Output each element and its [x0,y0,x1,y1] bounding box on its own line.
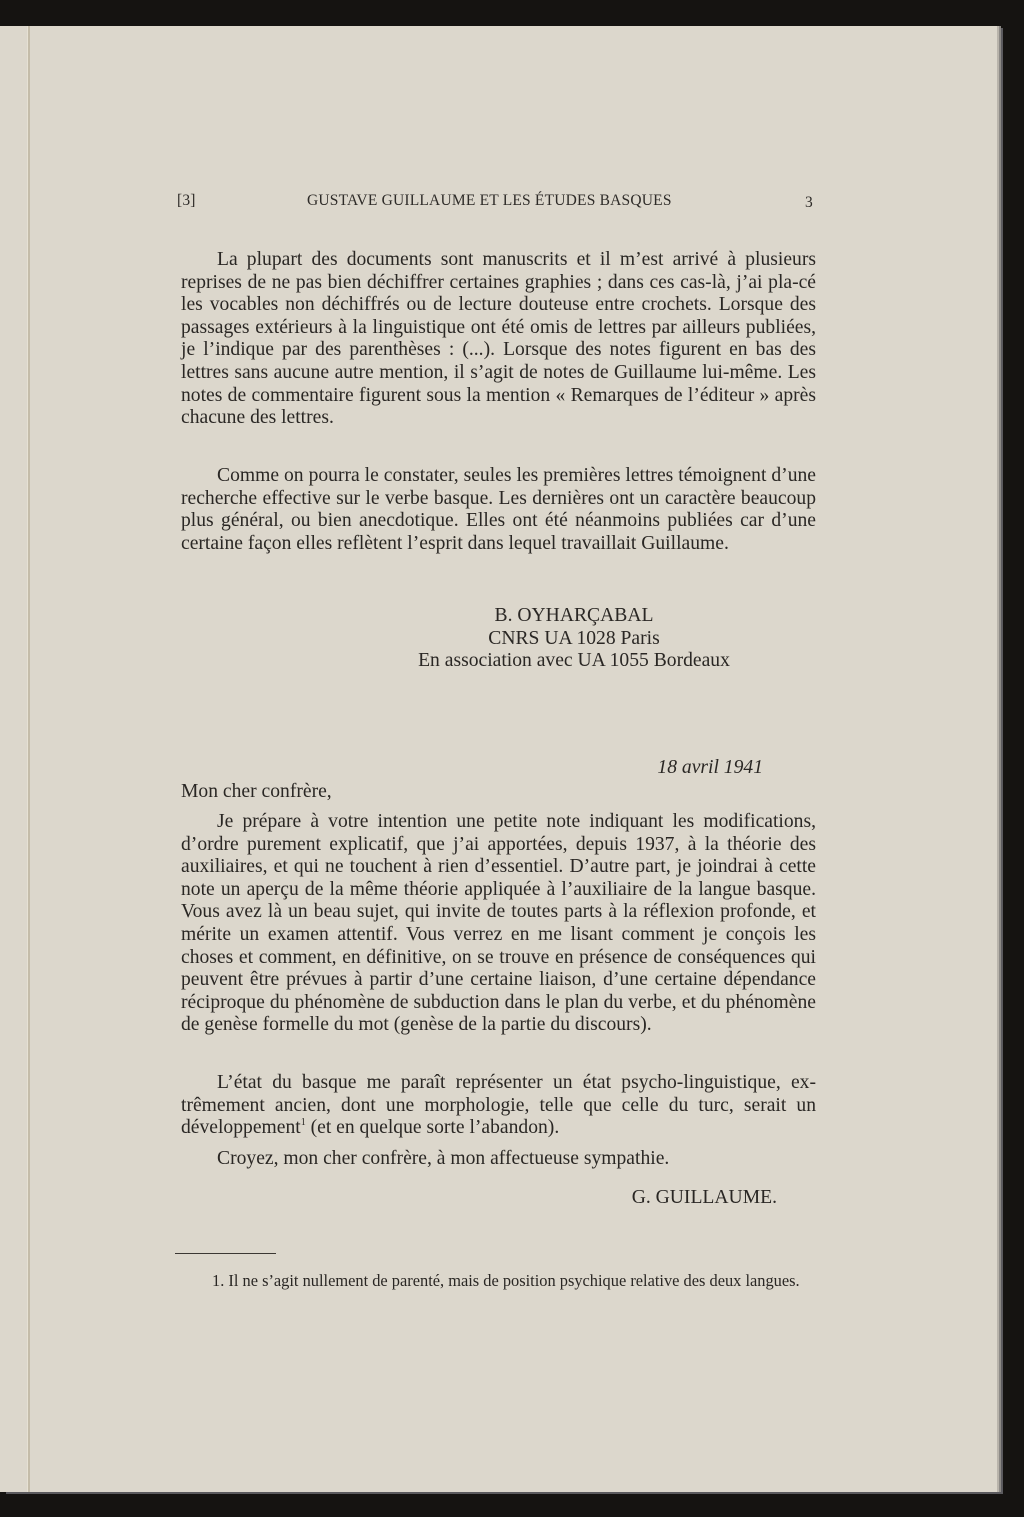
letter-salutation: Mon cher confrère, [181,781,332,803]
footnote-divider [175,1253,276,1254]
intro-paragraph-1: La plupart des documents sont manuscrits… [181,249,816,430]
intro-paragraph-2: Comme on pourra le constater, seules les… [181,465,816,555]
letter-paragraph-2-tail: (et en quelque sorte l’abandon). [306,1117,560,1138]
letter-paragraph-2: L’état du basque me paraît représenter u… [181,1072,816,1140]
editor-association: En association avec UA 1055 Bordeaux [394,650,754,673]
letter-paragraph-1: Je prépare à votre intention une petite … [181,811,816,1037]
letter-closing: Croyez, mon cher confrère, à mon affectu… [181,1148,816,1171]
page-number: 3 [805,194,813,212]
editor-signature-block: B. OYHARÇABAL CNRS UA 1028 Paris En asso… [394,605,754,673]
running-head-title: GUSTAVE GUILLAUME ET LES ÉTUDES BASQUES [307,192,672,210]
letter-date: 18 avril 1941 [657,757,763,779]
section-marker: [3] [177,192,196,210]
editor-affiliation: CNRS UA 1028 Paris [394,628,754,651]
footnote-1: 1. Il ne s’agit nullement de parenté, ma… [180,1271,808,1291]
letter-signature: G. GUILLAUME. [632,1187,777,1209]
scanned-page: [3] GUSTAVE GUILLAUME ET LES ÉTUDES BASQ… [0,26,997,1492]
binding-fold-line [27,26,30,1492]
editor-name: B. OYHARÇABAL [394,605,754,628]
